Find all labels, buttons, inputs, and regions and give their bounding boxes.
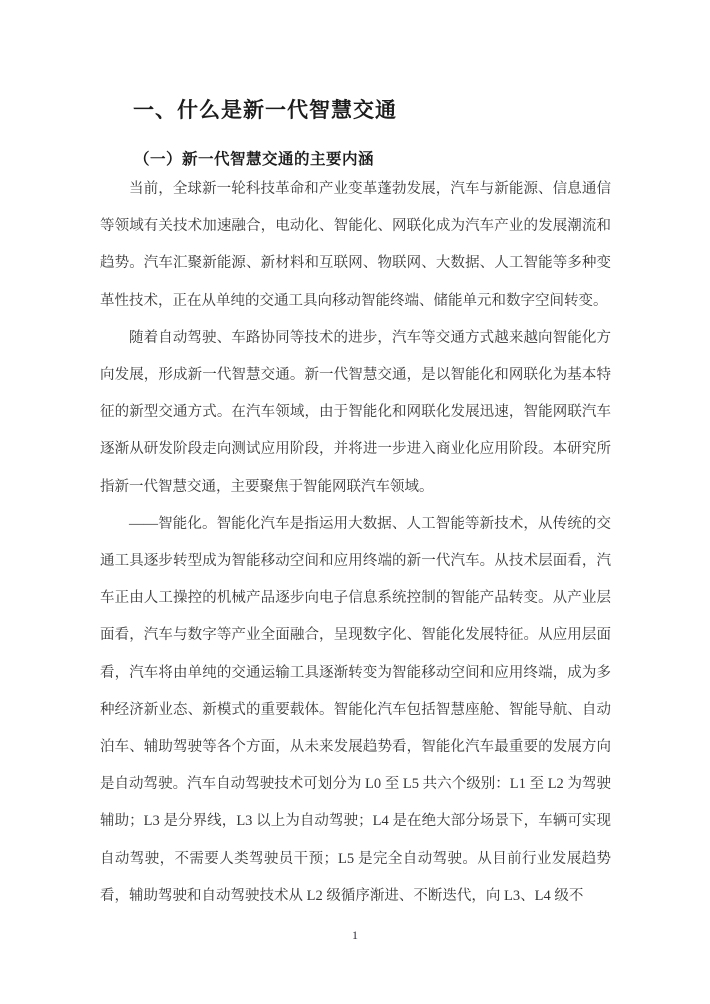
body-text-block: 当前，全球新一轮科技革命和产业变革蓬勃发展，汽车与新能源、信息通信等领域有关技术… — [100, 171, 611, 915]
body-paragraph: 随着自动驾驶、车路协同等技术的进步，汽车等交通方式越来越向智能化方向发展，形成新… — [100, 320, 611, 506]
document-content: 一、什么是新一代智慧交通 （一）新一代智慧交通的主要内涵 当前，全球新一轮科技革… — [100, 0, 611, 915]
body-paragraph: 当前，全球新一轮科技革命和产业变革蓬勃发展，汽车与新能源、信息通信等领域有关技术… — [100, 171, 611, 320]
section-heading: 一、什么是新一代智慧交通 — [100, 96, 611, 126]
page-number: 1 — [0, 926, 710, 944]
body-paragraph: ——智能化。智能化汽车是指运用大数据、人工智能等新技术，从传统的交通工具逐步转型… — [100, 506, 611, 915]
document-page: 一、什么是新一代智慧交通 （一）新一代智慧交通的主要内涵 当前，全球新一轮科技革… — [0, 0, 710, 1004]
subsection-heading: （一）新一代智慧交通的主要内涵 — [100, 149, 611, 171]
